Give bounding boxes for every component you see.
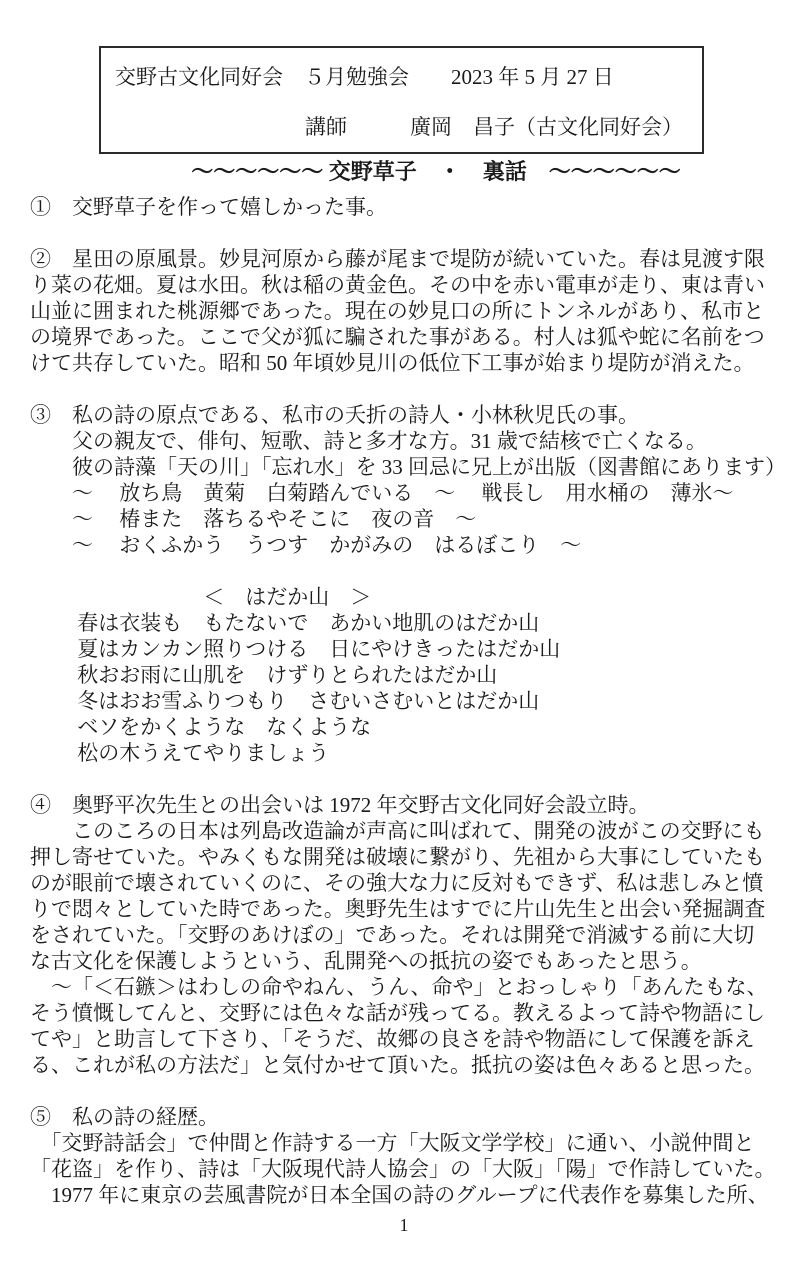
- paragraph-poem-hadakayama: ＜ はだか山 ＞ 春は衣装も もたないで あかい地肌のはだか山 夏はカンカン照り…: [30, 584, 802, 766]
- text-line: の境界であった。ここで父が狐に騙された事がある。村人は狐や蛇に名前をつ: [30, 324, 802, 350]
- text-line: ～「＜石鏃＞はわしの命やねん、うん、命や」とおっしゃり「あんたもな、: [30, 974, 802, 1000]
- document-body: ① 交野草子を作って嬉しかった事。② 星田の原風景。妙見河原から藤が尾まで堤防が…: [30, 194, 802, 1234]
- text-line: ～ 放ち鳥 黄菊 白菊踏んでいる ～ 戦長し 用水桶の 薄氷～: [30, 480, 802, 506]
- text-line: 「花盗」を作り、詩は「大阪現代詩人協会」の「大阪」「陽」で作詩していた。: [30, 1156, 802, 1182]
- header-title: 交野古文化同好会 ５月勉強会 2023 年 5 月 27 日: [115, 64, 702, 90]
- text-line: 秋おお雨に山肌を けずりとられたはだか山: [30, 662, 802, 688]
- text-line: 冬はおお雪ふりつもり さむいさむいとはだか山: [30, 688, 802, 714]
- text-line: ⑤ 私の詩の経歴。: [30, 1104, 802, 1130]
- text-line: をされていた。「交野のあけぼの」であった。それは開発で消滅する前に大切: [30, 922, 802, 948]
- text-line: けて共存していた。昭和 50 年頃妙見川の低位下工事が始まり堤防が消えた。: [30, 350, 802, 376]
- text-line: てや」と助言して下さり、「そうだ、故郷の良さを詩や物語にして保護を訴え: [30, 1026, 802, 1052]
- text-line: ② 星田の原風景。妙見河原から藤が尾まで堤防が続いていた。春は見渡す限: [30, 246, 802, 272]
- header-box: 交野古文化同好会 ５月勉強会 2023 年 5 月 27 日 講師 廣岡 昌子（…: [99, 46, 704, 154]
- text-line: このころの日本は列島改造論が声高に叫ばれて、開発の波がこの交野にも: [30, 818, 802, 844]
- text-line: そう憤慨してんと、交野には色々な話が残ってる。教えるよって詩や物語にし: [30, 1000, 802, 1026]
- paragraph-item-2: ② 星田の原風景。妙見河原から藤が尾まで堤防が続いていた。春は見渡す限り菜の花畑…: [30, 246, 802, 376]
- document-page: 交野古文化同好会 ５月勉強会 2023 年 5 月 27 日 講師 廣岡 昌子（…: [0, 0, 808, 1280]
- text-line: ④ 奥野平次先生との出会いは 1972 年交野古文化同好会設立時。: [30, 792, 802, 818]
- text-line: 「交野詩話会」で仲間と作詩する一方「大阪文学学校」に通い、小説仲間と: [30, 1130, 802, 1156]
- paragraph-item-1: ① 交野草子を作って嬉しかった事。: [30, 194, 802, 220]
- text-line: 夏はカンカン照りつける 日にやけきったはだか山: [30, 636, 802, 662]
- header-lecturer: 講師 廣岡 昌子（古文化同好会）: [115, 114, 702, 140]
- text-line: りで悶々としていた時であった。奥野先生はすでに片山先生と出会い発掘調査: [30, 896, 802, 922]
- text-line: 山並に囲まれた桃源郷であった。現在の妙見口の所にトンネルがあり、私市と: [30, 298, 802, 324]
- subtitle: ～～～～～～ 交野草子 ・ 裏話 ～～～～～～: [0, 157, 808, 187]
- text-line: ～ おくふかう うつす かがみの はるぼこり ～: [30, 532, 802, 558]
- text-line: る、これが私の方法だ」と気付かせて頂いた。抵抗の姿は色々あると思った。: [30, 1052, 802, 1078]
- text-line: 松の木うえてやりましょう: [30, 740, 802, 766]
- text-line: 春は衣装も もたないで あかい地肌のはだか山: [30, 610, 802, 636]
- text-line: 彼の詩藻「天の川」「忘れ水」を 33 回忌に兄上が出版（図書館にあります）: [30, 454, 802, 480]
- page-number: 1: [0, 1215, 808, 1236]
- paragraph-item-3: ③ 私の詩の原点である、私市の夭折の詩人・小林秋児氏の事。 父の親友で、俳句、短…: [30, 402, 802, 558]
- paragraph-item-4: ④ 奥野平次先生との出会いは 1972 年交野古文化同好会設立時。 このころの日…: [30, 792, 802, 1078]
- text-line: ～ 椿また 落ちるやそこに 夜の音 ～: [30, 506, 802, 532]
- text-line: ベソをかくような なくような: [30, 714, 802, 740]
- text-line: ＜ はだか山 ＞: [30, 584, 802, 610]
- text-line: のが眼前で壊されていくのに、その強大な力に反対もできず、私は悲しみと憤: [30, 870, 802, 896]
- text-line: な古文化を保護しようという、乱開発への抵抗の姿でもあったと思う。: [30, 948, 802, 974]
- text-line: 父の親友で、俳句、短歌、詩と多才な方。31 歳で結核で亡くなる。: [30, 428, 802, 454]
- text-line: り菜の花畑。夏は水田。秋は稲の黄金色。その中を赤い電車が走り、東は青い: [30, 272, 802, 298]
- paragraph-item-5: ⑤ 私の詩の経歴。 「交野詩話会」で仲間と作詩する一方「大阪文学学校」に通い、小…: [30, 1104, 802, 1208]
- text-line: 押し寄せていた。やみくもな開発は破壊に繋がり、先祖から大事にしていたも: [30, 844, 802, 870]
- text-line: 1977 年に東京の芸風書院が日本全国の詩のグループに代表作を募集した所、: [30, 1182, 802, 1208]
- text-line: ① 交野草子を作って嬉しかった事。: [30, 194, 802, 220]
- text-line: ③ 私の詩の原点である、私市の夭折の詩人・小林秋児氏の事。: [30, 402, 802, 428]
